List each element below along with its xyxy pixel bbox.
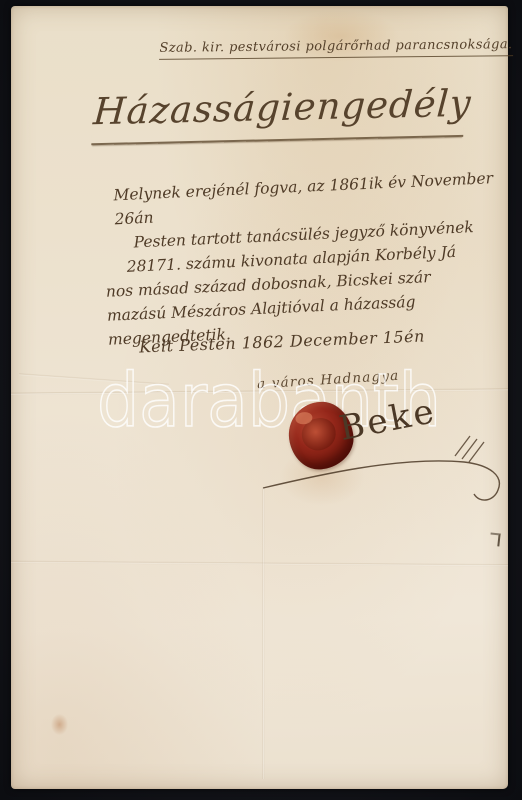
photo-background: Szab. kir. pestvárosi polgárőrhad paranc…	[0, 0, 522, 800]
document-header: Szab. kir. pestvárosi polgárőrhad paranc…	[159, 37, 513, 60]
signature-flourish-icon	[259, 430, 511, 510]
pen-mark-right-edge	[489, 533, 500, 547]
fold-crease-vertical	[262, 488, 265, 779]
document-page: Szab. kir. pestvárosi polgárőrhad paranc…	[11, 6, 508, 789]
paper-stain-bottom-left	[51, 714, 68, 735]
fold-crease-horizontal-lower	[11, 560, 508, 566]
document-title: Házasságiengedély	[91, 82, 466, 146]
body-paragraph: Melynek erejénél fogva, az 1861ik év Nov…	[99, 166, 504, 352]
